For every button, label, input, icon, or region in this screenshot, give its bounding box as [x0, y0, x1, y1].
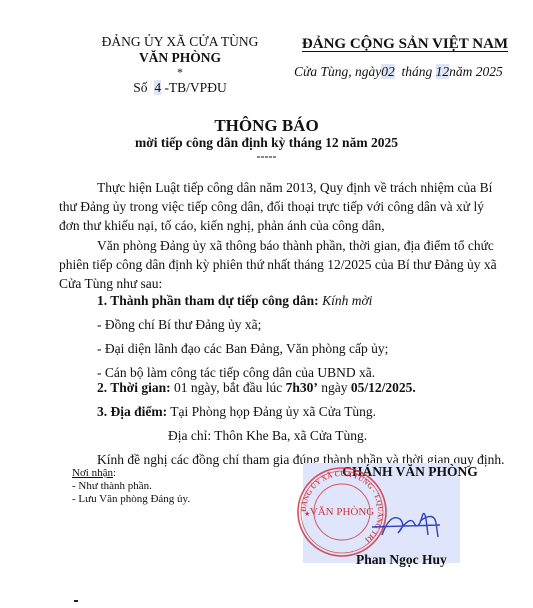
recipient-item: - Lưu Văn phòng Đảng ủy. [72, 493, 190, 506]
date-year: năm 2025 [449, 64, 503, 79]
section-time-start: 7h30’ [286, 380, 318, 395]
doc-number-suffix: -TB/VPĐU [164, 80, 226, 95]
attendee-item: - Đồng chí Bí thư Đảng ủy xã; [97, 317, 261, 333]
recipients-label: Nơi nhận: [72, 467, 190, 480]
section-attendees-note: Kính mời [322, 293, 372, 308]
date-month-label: tháng [402, 64, 433, 79]
section-time-date: 05/12/2025. [351, 380, 416, 395]
org-star: * [80, 66, 280, 78]
announcement-paragraph: Văn phòng Đảng ủy xã thông báo thành phầ… [59, 236, 499, 293]
title-separator: ----- [0, 149, 533, 164]
section-location-text: Tại Phòng họp Đảng ủy xã Cửa Tùng. [170, 404, 376, 419]
handwritten-signature-icon [370, 505, 450, 545]
intro-paragraph: Thực hiện Luật tiếp công dân năm 2013, Q… [59, 178, 499, 235]
party-name: ĐẢNG CỘNG SẢN VIỆT NAM [285, 36, 525, 53]
section-location: 3. Địa điểm: Tại Phòng họp Đảng ủy xã Cử… [97, 404, 376, 420]
doc-number: Số 4 -TB/VPĐU [80, 80, 280, 96]
section-time: 2. Thời gian: 01 ngày, bắt đầu lúc 7h30’… [97, 380, 416, 396]
recipients-label-text: Nơi nhận [72, 467, 113, 479]
section-attendees-label: 1. Thành phần tham dự tiếp công dân: [97, 293, 319, 308]
recipients-colon: : [113, 467, 116, 479]
date-place: Cửa Tùng, ngày02 tháng 12năm 2025 [294, 64, 503, 80]
section-time-label: 2. Thời gian: [97, 380, 171, 395]
doc-number-value: 4 [154, 80, 161, 95]
org-name: ĐẢNG ỦY XÃ CỬA TÙNG [80, 34, 280, 50]
section-location-label: 3. Địa điểm: [97, 404, 167, 419]
attendee-item: - Đại diện lãnh đạo các Ban Đảng, Văn ph… [97, 341, 388, 357]
signer-name: Phan Ngọc Huy [356, 552, 447, 568]
doc-number-prefix: Số [133, 80, 147, 95]
issuing-org-block: ĐẢNG ỦY XÃ CỬA TÙNG VĂN PHÒNG * Số 4 -TB… [80, 34, 280, 96]
svg-text:★: ★ [304, 510, 310, 518]
page-mark [74, 600, 78, 602]
recipient-item: - Như thành phần. [72, 480, 190, 493]
section-time-text2: ngày [321, 380, 347, 395]
document-title: THÔNG BÁO [0, 116, 533, 136]
section-time-text: 01 ngày, bắt đầu lúc [174, 380, 282, 395]
stamp-center-text: VĂN PHÒNG [310, 506, 375, 518]
date-month: 12 [436, 64, 450, 79]
office-name: VĂN PHÒNG [80, 50, 280, 66]
location-address: Địa chỉ: Thôn Khe Ba, xã Cửa Tùng. [168, 428, 367, 444]
date-day: 02 [381, 64, 395, 79]
date-place-text: Cửa Tùng, ngày [294, 64, 381, 79]
attendee-item: - Cán bộ làm công tác tiếp công dân của … [97, 365, 375, 381]
section-attendees: 1. Thành phần tham dự tiếp công dân: Kín… [97, 293, 372, 309]
recipients-block: Nơi nhận: - Như thành phần. - Lưu Văn ph… [72, 467, 190, 506]
party-header: ĐẢNG CỘNG SẢN VIỆT NAM [285, 36, 525, 53]
